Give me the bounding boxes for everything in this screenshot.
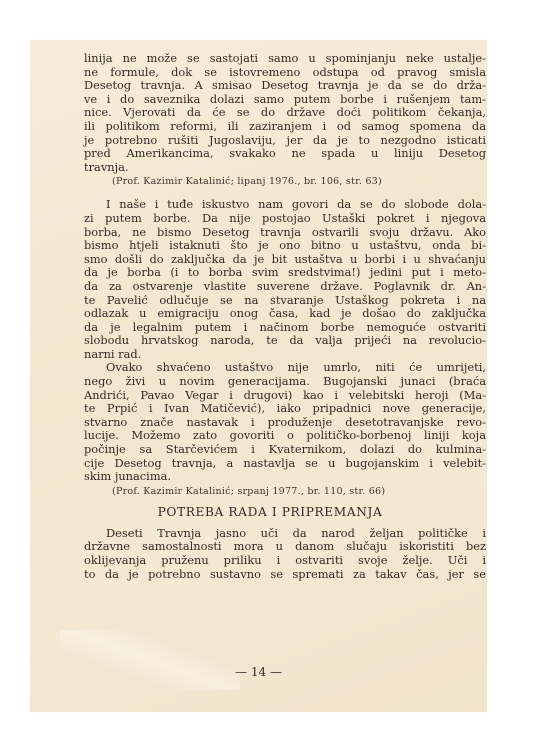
- text-line: skim junacima.: [84, 470, 486, 484]
- text-line: pred Amerikancima, svakako ne spada u li…: [84, 147, 486, 161]
- text-line: ne formule, dok se istovremeno odstupa o…: [84, 66, 486, 80]
- text-line: smo došli do zaključka da je bit ustaštv…: [84, 253, 486, 267]
- text-line: borba, ne bismo Desetog travnja ostvaril…: [84, 226, 486, 240]
- page-number: — 14 —: [30, 665, 487, 679]
- text-line: Desetog travnja. A smisao Desetog travnj…: [84, 79, 486, 93]
- text-line: travnja.: [84, 161, 486, 175]
- text-line: državne samostalnosti mora u danom sluča…: [84, 540, 486, 554]
- text-line: nego živi u novim generacijama. Bugojans…: [84, 375, 486, 389]
- text-line: to da je potrebno sustavno se spremati z…: [84, 568, 486, 582]
- text-line: je potrebno rušiti Jugoslaviju, jer da j…: [84, 134, 486, 148]
- text-line: linija ne može se sastojati samo u spomi…: [84, 52, 486, 66]
- paragraph: Deseti Travnja jasno uči da narod željan…: [84, 527, 486, 581]
- text-line: da je borba (i to borba svim sredstvima!…: [84, 266, 486, 280]
- scanned-page: linija ne može se sastojati samo u spomi…: [30, 40, 487, 712]
- paragraph: I naše i tuđe iskustvo nam govori da se …: [84, 198, 486, 361]
- citation: (Prof. Kazimir Katalinić; srpanj 1977., …: [84, 484, 486, 499]
- text-line: te Prpić i Ivan Matičević), iako pripadn…: [84, 402, 486, 416]
- citation: (Prof. Kazimir Katalinić; lipanj 1976., …: [84, 174, 486, 189]
- page-text: linija ne može se sastojati samo u spomi…: [84, 52, 486, 581]
- paragraph: linija ne može se sastojati samo u spomi…: [84, 52, 486, 174]
- text-line: da je legalnim putem i načinom borbe nem…: [84, 321, 486, 335]
- text-line: nice. Vjerovati da će se do države doći …: [84, 106, 486, 120]
- text-line: da za ostvarenje vlastite suverene držav…: [84, 280, 486, 294]
- text-line: počinje sa Starčevićem i Kvaternikom, do…: [84, 443, 486, 457]
- text-line: ili politikom reformi, ili zaziranjem i …: [84, 120, 486, 134]
- text-line: lucije. Možemo zato govoriti o političko…: [84, 429, 486, 443]
- text-line: Ovako shvaćeno ustaštvo nije umrlo, niti…: [84, 361, 486, 375]
- text-line: ve i do saveznika dolazi samo putem borb…: [84, 93, 486, 107]
- text-line: zi putem borbe. Da nije postojao Ustaški…: [84, 212, 486, 226]
- text-line: slobodu hrvatskog naroda, te da valja pr…: [84, 334, 486, 348]
- text-line: oklijevanja pruženu priliku i ostvariti …: [84, 554, 486, 568]
- paragraph: Ovako shvaćeno ustaštvo nije umrlo, niti…: [84, 361, 486, 483]
- text-line: Andrići, Pavao Vegar i drugovi) kao i ve…: [84, 389, 486, 403]
- text-line: Deseti Travnja jasno uči da narod željan…: [84, 527, 486, 541]
- text-line: odlazak u emigraciju onog časa, kad je d…: [84, 307, 486, 321]
- text-line: cije Desetog travnja, a nastavlja se u b…: [84, 457, 486, 471]
- section-heading: POTREBA RADA I PRIPREMANJA: [84, 503, 486, 521]
- text-line: stvarno znače nastavak i produženje dese…: [84, 416, 486, 430]
- text-line: bismo htjeli istaknuti što je ono bitno …: [84, 239, 486, 253]
- text-line: te Pavelić odlučuje se na stvaranje Usta…: [84, 294, 486, 308]
- text-line: narni rad.: [84, 348, 486, 362]
- text-line: I naše i tuđe iskustvo nam govori da se …: [84, 198, 486, 212]
